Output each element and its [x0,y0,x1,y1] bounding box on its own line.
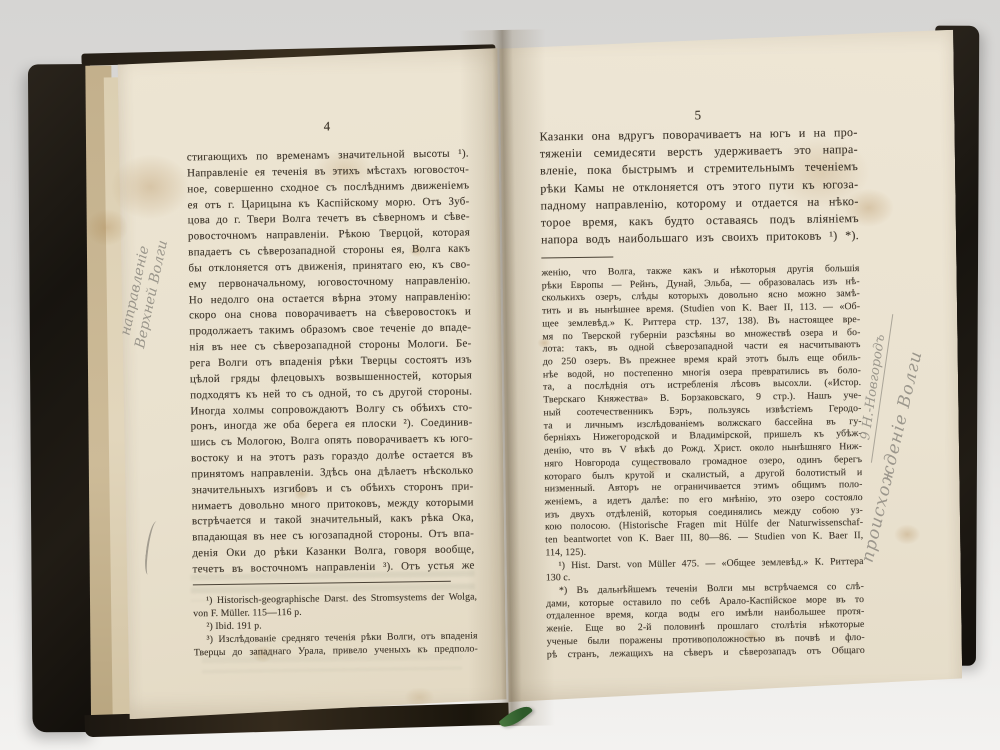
page-5-footnotes: женію, что Волга, также какъ и нѣкоторыя… [541,263,864,662]
page-4-footnotes: ¹) Historisch-geographische Darst. des S… [193,590,478,659]
book: 4 стигающихъ по временамъ значительной в… [23,15,985,740]
page-4-body-text: стигающихъ по временамъ значительной выс… [187,146,475,578]
photo-of-open-book: 4 стигающихъ по временамъ значительной в… [0,0,1000,750]
book-cover-left-edge [28,64,95,732]
page-5-body-text: Казанки она вдругъ поворачиваетъ на югъ … [540,124,860,249]
